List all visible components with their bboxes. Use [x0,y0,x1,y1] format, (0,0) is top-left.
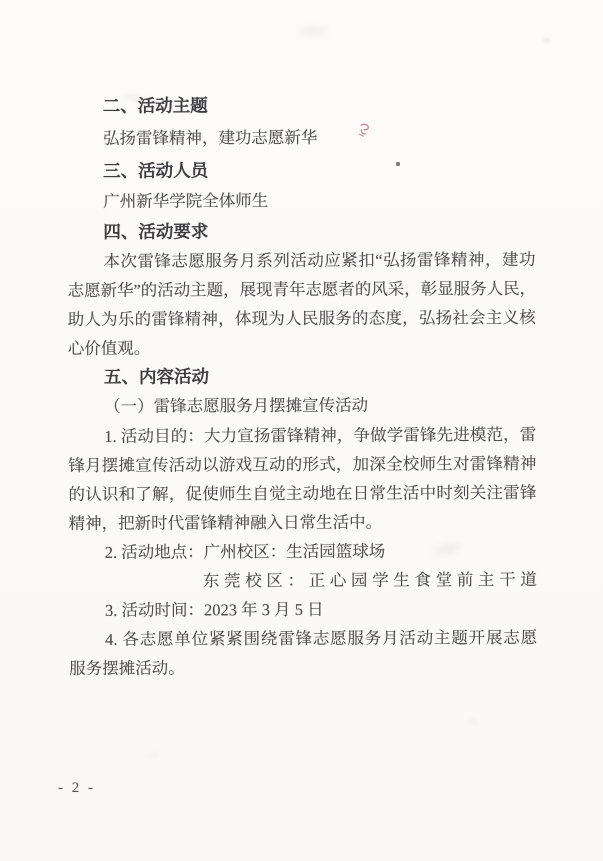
item4-line-2: 服务摆摊活动。 [69,652,537,683]
location-line-guangzhou: 2. 活动地点：广州校区：生活园篮球场 [69,536,537,567]
purpose-line-3: 的认识和了解，促使师生自觉主动地在日常生活中时刻关注雷锋 [68,478,536,509]
document-body: 二、活动主题 弘扬雷锋精神，建功志愿新华 三、活动人员 广州新华学院全体师生 四… [67,90,538,683]
scanned-page: 二、活动主题 弘扬雷锋精神，建功志愿新华 三、活动人员 广州新华学院全体师生 四… [0,0,603,861]
purpose-line-2: 锋月摆摊宣传活动以游戏互动的形式，加深全校师生对雷锋精神 [68,449,536,480]
requirements-line-1: 本次雷锋志愿服务月系列活动应紧扣“弘扬雷锋精神，建功 [67,245,535,276]
scan-smudge [298,26,328,36]
purpose-line-4: 精神，把新时代雷锋精神融入日常生活中。 [69,507,537,538]
section-heading-2: 二、活动主题 [67,90,535,121]
section-heading-4: 四、活动要求 [67,216,535,247]
item4-line-1: 4. 各志愿单位紧紧围绕雷锋志愿服务月活动主题开展志愿 [69,623,537,654]
scan-smudge [146,752,160,759]
subsection-1-title: （一）雷锋志愿服务月摆摊宣传活动 [68,390,536,421]
requirements-line-3: 助人为乐的雷锋精神，体现为人民服务的态度，弘扬社会主义核 [68,303,536,334]
time-line: 3. 活动时间：2023 年 3 月 5 日 [69,594,537,625]
purpose-line-1: 1. 活动目的：大力宣扬雷锋精神，争做学雷锋先进模范，雷 [68,420,536,451]
section-heading-5: 五、内容活动 [68,361,536,392]
theme-line: 弘扬雷锋精神，建功志愿新华 [67,122,535,153]
theme-text: 弘扬雷锋精神，建功志愿新华 [103,128,318,148]
requirements-line-4: 心价值观。 [68,332,536,363]
page-number: - 2 - [58,780,96,797]
participants-text: 广州新华学院全体师生 [67,185,535,216]
red-annotation-mark-icon [319,113,372,149]
scan-smudge [543,38,551,43]
requirements-line-2: 志愿新华”的活动主题，展现青年志愿者的风采，彰显服务人民， [68,274,536,305]
section-heading-3: 三、活动人员 [67,155,535,186]
scan-smudge [468,718,478,726]
location-line-dongguan: 东莞校区：正心园学生食堂前主干道 [69,565,537,596]
